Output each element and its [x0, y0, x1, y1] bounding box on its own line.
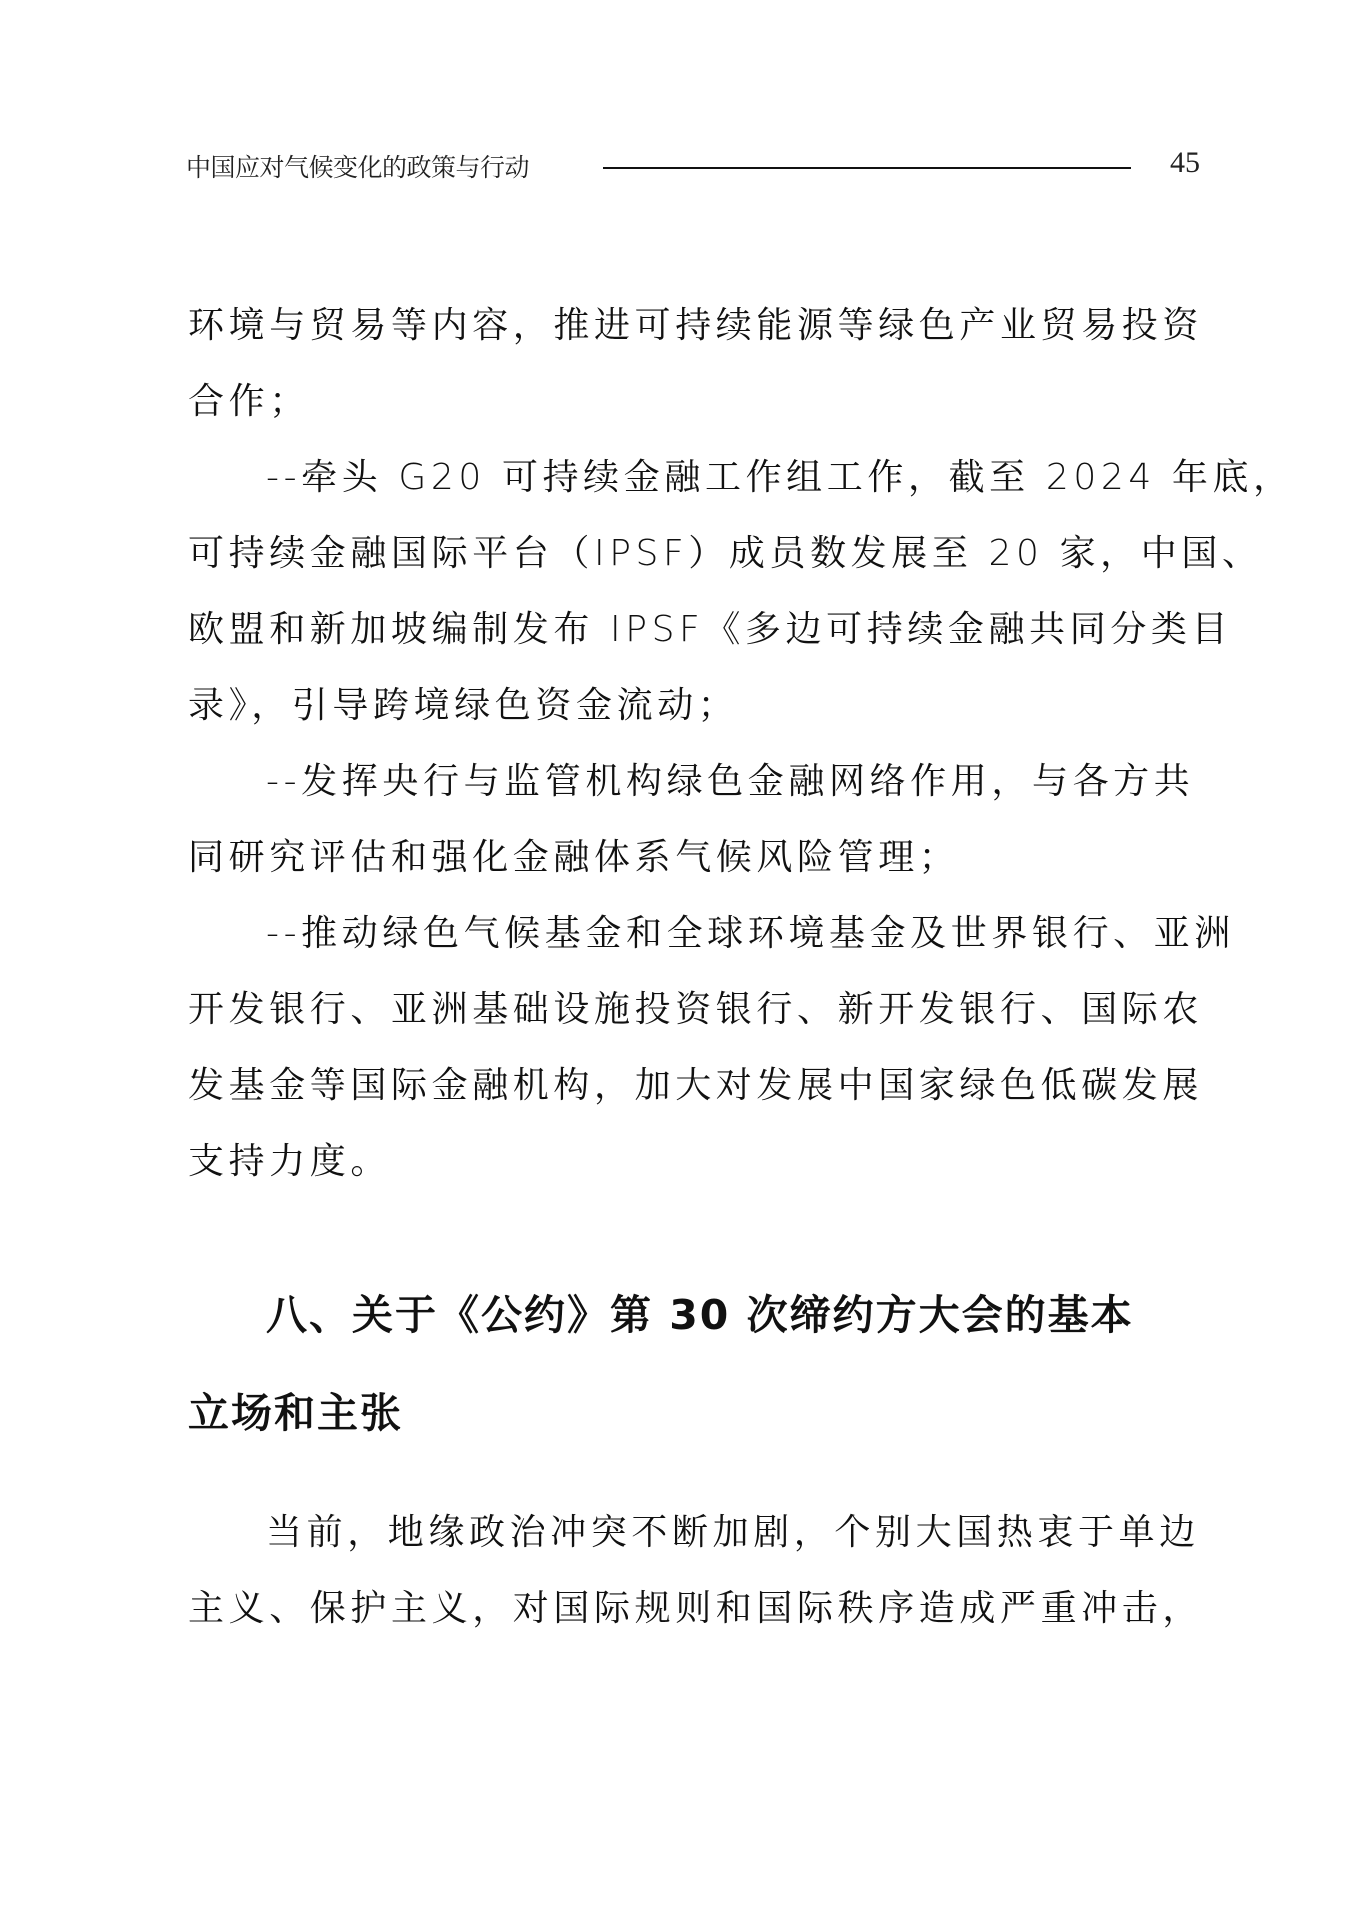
section-body-text: 当前，地缘政治冲突不断加剧，个别大国热衷于单边 主义、保护主义，对国际规则和国际… [188, 1495, 1172, 1647]
text-line: 录》，引导跨境绿色资金流动； [188, 668, 1172, 744]
paragraph-trade-cooperation: 环境与贸易等内容，推进可持续能源等绿色产业贸易投资 合作； [188, 288, 1172, 440]
text-line: --牵头 G20 可持续金融工作组工作，截至 2024 年底， [188, 440, 1172, 516]
text-line: 环境与贸易等内容，推进可持续能源等绿色产业贸易投资 [188, 288, 1172, 364]
paragraph-g20-sustainable-finance: --牵头 G20 可持续金融工作组工作，截至 2024 年底， 可持续金融国际平… [188, 440, 1172, 744]
text-line: 同研究评估和强化金融体系气候风险管理； [188, 820, 1172, 896]
body-text: 环境与贸易等内容，推进可持续能源等绿色产业贸易投资 合作； --牵头 G20 可… [188, 288, 1172, 1200]
text-line: 主义、保护主义，对国际规则和国际秩序造成严重冲击， [188, 1571, 1172, 1647]
header-rule-divider [603, 167, 1131, 169]
page-number: 45 [1170, 146, 1200, 180]
paragraph-ngfs-network: --发挥央行与监管机构绿色金融网络作用，与各方共 同研究评估和强化金融体系气候风… [188, 744, 1172, 896]
text-line: --推动绿色气候基金和全球环境基金及世界银行、亚洲 [188, 896, 1172, 972]
text-line: 可持续金融国际平台（IPSF）成员数发展至 20 家，中国、 [188, 516, 1172, 592]
paragraph-international-financial-institutions: --推动绿色气候基金和全球环境基金及世界银行、亚洲 开发银行、亚洲基础设施投资银… [188, 896, 1172, 1200]
heading-line: 八、关于《公约》第 30 次缔约方大会的基本 [188, 1266, 1172, 1364]
text-line: 欧盟和新加坡编制发布 IPSF《多边可持续金融共同分类目 [188, 592, 1172, 668]
text-line: 合作； [188, 364, 1172, 440]
heading-line: 立场和主张 [188, 1364, 1172, 1462]
paragraph-geopolitical-context: 当前，地缘政治冲突不断加剧，个别大国热衷于单边 主义、保护主义，对国际规则和国际… [188, 1495, 1172, 1647]
text-line: 支持力度。 [188, 1124, 1172, 1200]
text-line: 当前，地缘政治冲突不断加剧，个别大国热衷于单边 [188, 1495, 1172, 1571]
section-heading: 八、关于《公约》第 30 次缔约方大会的基本 立场和主张 [188, 1266, 1172, 1462]
text-line: --发挥央行与监管机构绿色金融网络作用，与各方共 [188, 744, 1172, 820]
text-line: 发基金等国际金融机构，加大对发展中国家绿色低碳发展 [188, 1048, 1172, 1124]
text-line: 开发银行、亚洲基础设施投资银行、新开发银行、国际农 [188, 972, 1172, 1048]
running-header: 中国应对气候变化的政策与行动 45 [186, 146, 1216, 186]
running-title: 中国应对气候变化的政策与行动 [186, 148, 529, 184]
